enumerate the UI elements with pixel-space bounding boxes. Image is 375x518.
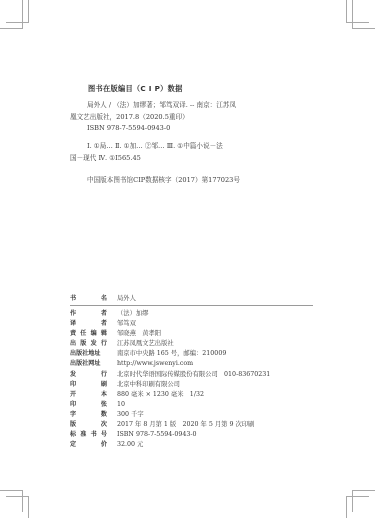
info-row-price: 定价 32.00 元 xyxy=(70,440,313,450)
info-value: （法）加缪 xyxy=(117,309,148,319)
info-row-isbn: 标准书号 ISBN 978-7-5594-0943-0 xyxy=(70,430,313,440)
info-label: 版次 xyxy=(70,420,107,430)
info-value: 880 毫米 × 1230 毫米 1/32 xyxy=(117,390,204,400)
cip-classification-line: 国－现代 Ⅳ. ①I565.45 xyxy=(70,153,310,165)
info-label: 书名 xyxy=(70,294,107,305)
info-value: 局外人 xyxy=(117,294,136,305)
cip-title: 图书在版编目（C I P）数据 xyxy=(88,84,183,94)
info-label: 出版社地址 xyxy=(70,349,107,359)
info-row-author: 作者 （法）加缪 xyxy=(70,309,313,319)
info-label: 标准书号 xyxy=(70,430,107,440)
info-value: 南京市中央路 165 号，邮编：210009 xyxy=(117,349,226,359)
info-value: 邹笃双 xyxy=(117,319,136,329)
info-value: 10 xyxy=(117,400,125,410)
info-label: 发行 xyxy=(70,370,107,380)
cip-classification-line: Ⅰ. ①局… Ⅱ. ①加… ②邹… Ⅲ. ①中篇小说－法 xyxy=(70,141,310,153)
info-label: 印张 xyxy=(70,400,107,410)
info-row-printer: 印刷 北京中科印刷有限公司 xyxy=(70,380,313,390)
info-value: ISBN 978-7-5594-0943-0 xyxy=(117,430,197,440)
info-label: 出版社网址 xyxy=(70,359,107,369)
info-value: 300 千字 xyxy=(117,410,144,420)
cip-cn-record: 中国版本图书馆CIP数据核字（2017）第177023号 xyxy=(87,174,240,184)
info-label: 印刷 xyxy=(70,380,107,390)
info-row-publisher-address: 出版社地址 南京市中央路 165 号，邮编：210009 xyxy=(70,349,313,359)
info-row-editors: 责任编辑 邹晓燕 黄孝阳 xyxy=(70,329,313,339)
info-label: 定价 xyxy=(70,440,107,450)
info-row-edition: 版次 2017 年 8 月第 1 版 2020 年 5 月第 9 次印刷 xyxy=(70,420,313,430)
info-value: 邹晓燕 黄孝阳 xyxy=(117,329,161,339)
info-row-sheets: 印张 10 xyxy=(70,400,313,410)
info-row-word-count: 字数 300 千字 xyxy=(70,410,313,420)
info-label: 作者 xyxy=(70,309,107,319)
cip-line: 局外人 / （法）加缪著；邹笃双译. -- 南京：江苏凤 xyxy=(70,100,310,112)
info-label: 责任编辑 xyxy=(70,329,107,339)
info-value: 江苏凤凰文艺出版社 xyxy=(117,339,174,349)
info-label: 开本 xyxy=(70,390,107,400)
info-value: 北京时代华语国际传媒股份有限公司 010-83670231 xyxy=(117,370,270,380)
info-label: 字数 xyxy=(70,410,107,420)
cip-bibliographic-block: 局外人 / （法）加缪著；邹笃双译. -- 南京：江苏凤 凰文艺出版社，2017… xyxy=(70,100,310,135)
info-row-distributor: 发行 北京时代华语国际传媒股份有限公司 010-83670231 xyxy=(70,370,313,380)
cip-line: 凰文艺出版社，2017.8（2020.5重印） xyxy=(70,112,310,124)
cip-isbn: ISBN 978-7-5594-0943-0 xyxy=(70,123,310,135)
info-value: http://www.jswenyi.com xyxy=(117,359,193,369)
cip-classification-block: Ⅰ. ①局… Ⅱ. ①加… ②邹… Ⅲ. ①中篇小说－法 国－现代 Ⅳ. ①I5… xyxy=(70,141,310,164)
info-value: 北京中科印刷有限公司 xyxy=(117,380,180,390)
info-label: 出版发行 xyxy=(70,339,107,349)
copyright-info-table: 书名 局外人 作者 （法）加缪 译者 邹笃双 责任编辑 邹晓燕 黄孝阳 出版发行… xyxy=(70,294,313,450)
info-row-translator: 译者 邹笃双 xyxy=(70,319,313,329)
info-row-format: 开本 880 毫米 × 1230 毫米 1/32 xyxy=(70,390,313,400)
info-label: 译者 xyxy=(70,319,107,329)
info-row-publisher-website: 出版社网址 http://www.jswenyi.com xyxy=(70,359,313,369)
info-value: 32.00 元 xyxy=(117,440,143,450)
info-value: 2017 年 8 月第 1 版 2020 年 5 月第 9 次印刷 xyxy=(117,420,254,430)
info-row-publisher: 出版发行 江苏凤凰文艺出版社 xyxy=(70,339,313,349)
info-row-title: 书名 局外人 xyxy=(70,294,313,306)
